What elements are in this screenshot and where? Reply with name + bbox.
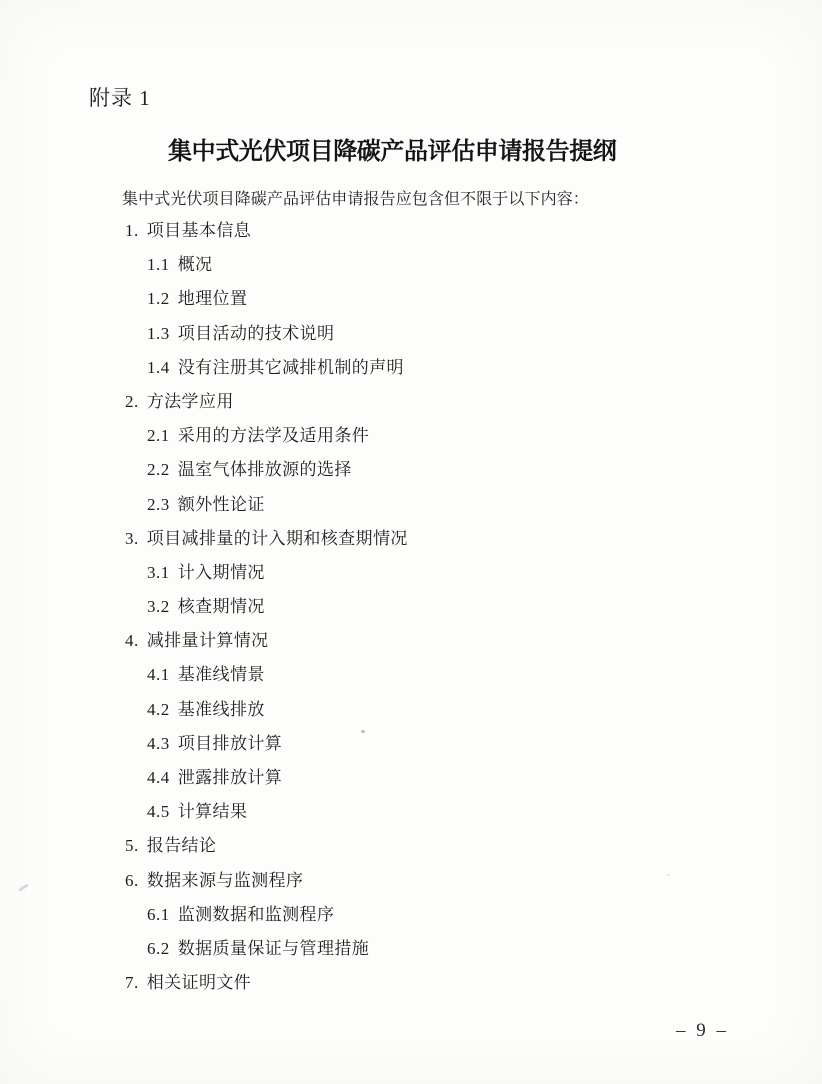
outline-item-number: 2.3 [147,488,170,522]
outline-item: 1.3项目活动的技术说明 [147,317,745,351]
outline-item: 5.报告结论 [125,829,745,863]
outline-item-text: 泄露排放计算 [178,768,282,787]
outline-item-number: 2.1 [147,419,170,453]
outline-item-number: 4.2 [147,693,170,727]
outline-item-number: 2. [125,385,139,419]
outline-item-text: 报告结论 [147,836,217,855]
outline-item: 6.1监测数据和监测程序 [147,898,745,932]
outline-item-text: 额外性论证 [178,495,265,514]
outline-item: 6.数据来源与监测程序 [125,864,745,898]
outline-item-text: 监测数据和监测程序 [178,905,335,924]
outline-item: 2.3额外性论证 [147,488,745,522]
outline-item-number: 4.5 [147,795,170,829]
outline-item-number: 1.2 [147,282,170,316]
outline-item-number: 3.1 [147,556,170,590]
document-page: 附录 1 集中式光伏项目降碳产品评估申请报告提纲 集中式光伏项目降碳产品评估申请… [0,0,822,1084]
outline-item-text: 没有注册其它减排机制的声明 [178,358,404,377]
outline-item-number: 1.3 [147,317,170,351]
outline-item-number: 6.1 [147,898,170,932]
outline-item-text: 温室气体排放源的选择 [178,460,352,479]
intro-text: 集中式光伏项目降碳产品评估申请报告应包含但不限于以下内容： [122,186,589,209]
outline-item: 7.相关证明文件 [125,966,745,1000]
outline-item-text: 计入期情况 [178,563,265,582]
outline-item: 2.方法学应用 [125,385,745,419]
outline-item: 2.2温室气体排放源的选择 [147,453,745,487]
outline-item-number: 1.1 [147,248,170,282]
outline-item-text: 减排量计算情况 [147,631,269,650]
outline-item-text: 数据质量保证与管理措施 [178,939,369,958]
outline-item-text: 采用的方法学及适用条件 [178,426,369,445]
outline-item-text: 项目活动的技术说明 [178,324,335,343]
outline-item: 4.减排量计算情况 [125,624,745,658]
outline-item: 4.1基准线情景 [147,658,745,692]
outline-item-text: 地理位置 [178,289,248,308]
outline-item-text: 相关证明文件 [147,973,251,992]
outline-item: 4.5计算结果 [147,795,745,829]
outline-item: 6.2数据质量保证与管理措施 [147,932,745,966]
outline-item: 1.项目基本信息 [125,214,745,248]
outline-item: 1.1概况 [147,248,745,282]
outline-item-number: 4.4 [147,761,170,795]
outline-item: 3.2核查期情况 [147,590,745,624]
outline-item: 1.2地理位置 [147,282,745,316]
outline-item-number: 5. [125,829,139,863]
outline-item-number: 3.2 [147,590,170,624]
outline-item-text: 项目减排量的计入期和核查期情况 [147,529,408,548]
outline-item-text: 方法学应用 [147,392,234,411]
outline-item-number: 4. [125,624,139,658]
outline-item-number: 1.4 [147,351,170,385]
outline-item-text: 数据来源与监测程序 [147,871,304,890]
outline-item-text: 概况 [178,255,213,274]
outline-item-number: 4.1 [147,658,170,692]
page-number: – 9 – [676,1020,729,1042]
appendix-label: 附录 1 [89,82,151,112]
outline-item-number: 6.2 [147,932,170,966]
scan-streak [18,883,29,891]
outline-item-text: 项目基本信息 [147,221,251,240]
outline-list: 1.项目基本信息1.1概况1.2地理位置1.3项目活动的技术说明1.4没有注册其… [125,214,745,1000]
outline-item-text: 基准线排放 [178,700,265,719]
outline-item-number: 1. [125,214,139,248]
outline-item-number: 6. [125,864,139,898]
outline-item-text: 项目排放计算 [178,734,282,753]
outline-item-text: 计算结果 [178,802,248,821]
outline-item-text: 核查期情况 [178,597,265,616]
outline-item: 3.1计入期情况 [147,556,745,590]
outline-item-number: 4.3 [147,727,170,761]
outline-item: 4.2基准线排放 [147,693,745,727]
page-title: 集中式光伏项目降碳产品评估申请报告提纲 [168,131,616,166]
outline-item: 1.4没有注册其它减排机制的声明 [147,351,745,385]
outline-item: 3.项目减排量的计入期和核查期情况 [125,522,745,556]
outline-item: 4.4泄露排放计算 [147,761,745,795]
outline-item-number: 2.2 [147,453,170,487]
outline-item-number: 3. [125,522,139,556]
outline-item-text: 基准线情景 [178,665,265,684]
outline-item: 4.3项目排放计算 [147,727,745,761]
outline-item: 2.1采用的方法学及适用条件 [147,419,745,453]
outline-item-number: 7. [125,966,139,1000]
